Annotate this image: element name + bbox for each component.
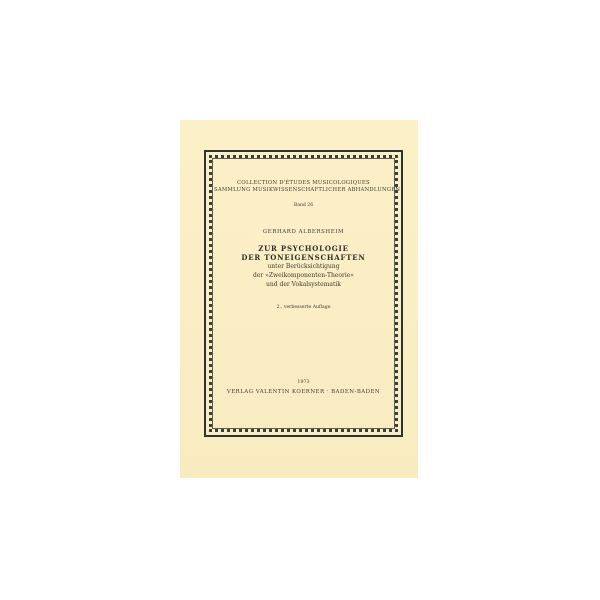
decorative-frame: COLLECTION D'ÉTUDES MUSICOLOGIQUES SAMML…: [204, 150, 403, 437]
series-title-french: COLLECTION D'ÉTUDES MUSICOLOGIQUES: [214, 180, 393, 186]
book-title-line-1: ZUR PSYCHOLOGIE: [214, 244, 393, 253]
publication-year: 1973: [214, 380, 393, 385]
edition-note: 2., verbesserte Auflage: [214, 305, 393, 310]
author-name: GERHARD ALBERSHEIM: [214, 229, 393, 235]
publisher-name: VERLAG VALENTIN KOERNER · BADEN-BADEN: [214, 389, 393, 395]
volume-number: Band 26: [214, 203, 393, 208]
book-title-line-2: DER TONEIGENSCHAFTEN: [214, 253, 393, 262]
subtitle-line-1: unter Berücksichtigung: [214, 263, 393, 270]
book-cover: COLLECTION D'ÉTUDES MUSICOLOGIQUES SAMML…: [180, 120, 418, 478]
subtitle-line-3: und der Vokalsystematik: [214, 281, 393, 288]
series-title-german: SAMMLUNG MUSIKWISSENSCHAFTLICHER ABHANDL…: [214, 187, 393, 193]
cover-text-area: COLLECTION D'ÉTUDES MUSICOLOGIQUES SAMML…: [214, 160, 393, 427]
subtitle-line-2: der »Zweikomponenten-Theorie«: [214, 272, 393, 279]
